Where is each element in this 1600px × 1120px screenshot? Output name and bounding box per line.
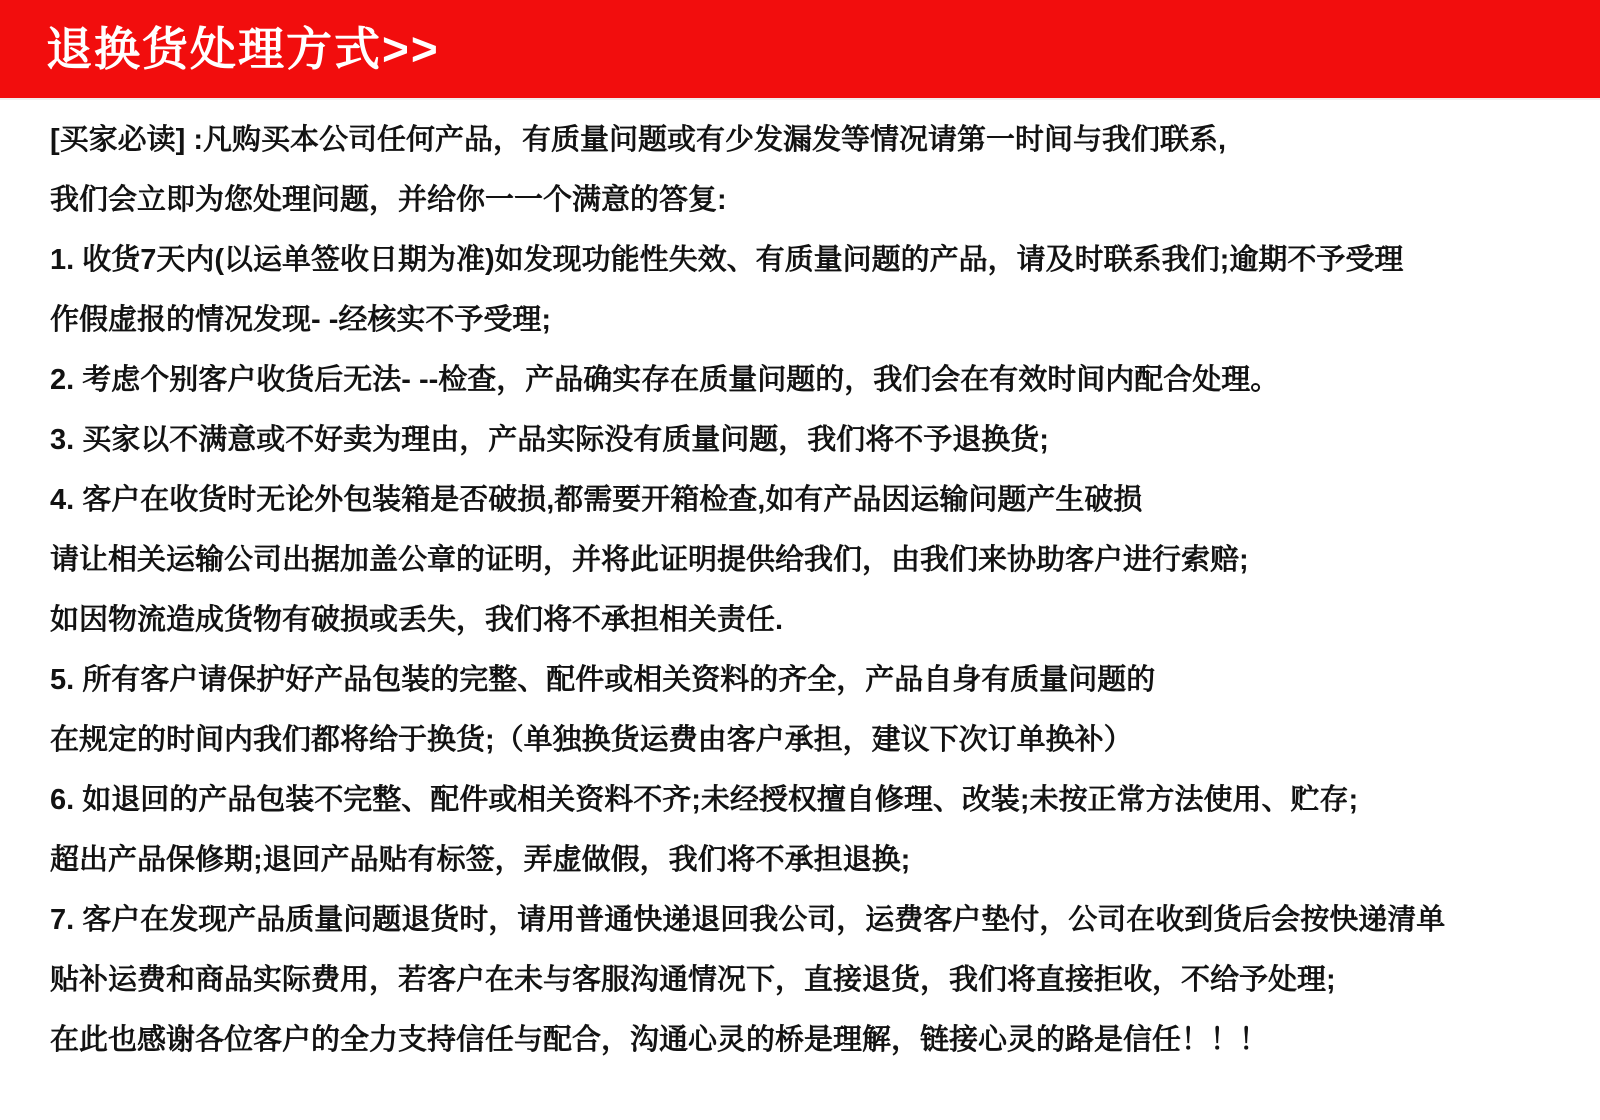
- policy-line-rule-7a: 7. 客户在发现产品质量问题退货时，请用普通快递退回我公司，运费客户垫付，公司在…: [50, 890, 1570, 950]
- policy-line-rule-7b: 贴补运费和商品实际费用，若客户在未与客服沟通情况下，直接退货，我们将直接拒收，不…: [50, 950, 1570, 1010]
- policy-line-rule-5b: 在规定的时间内我们都将给于换货;（单独换货运费由客户承担，建议下次订单换补）: [50, 710, 1570, 770]
- policy-line-rule-1b: 作假虚报的情况发现- -经核实不予受理;: [50, 290, 1570, 350]
- policy-line-rule-1a: 1. 收货7天内(以运单签收日期为准)如发现功能性失效、有质量问题的产品，请及时…: [50, 230, 1570, 290]
- header-banner: 退换货处理方式>>: [0, 0, 1600, 100]
- policy-line-closing: 在此也感谢各位客户的全力支持信任与配合，沟通心灵的桥是理解，链接心灵的路是信任！…: [50, 1010, 1570, 1070]
- policy-line-rule-3: 3. 买家以不满意或不好卖为理由，产品实际没有质量问题，我们将不予退换货;: [50, 410, 1570, 470]
- page-title: 退换货处理方式>>: [46, 0, 440, 99]
- policy-line-rule-2: 2. 考虑个别客户收货后无法- --检查，产品确实存在质量问题的，我们会在有效时…: [50, 350, 1570, 410]
- policy-line-rule-6b: 超出产品保修期;退回产品贴有标签，弄虚做假，我们将不承担退换;: [50, 830, 1570, 890]
- policy-line-rule-6a: 6. 如退回的产品包装不完整、配件或相关资料不齐;未经授权擅自修理、改装;未按正…: [50, 770, 1570, 830]
- return-policy-page: 退换货处理方式>> [买家必读] :凡购买本公司任何产品，有质量问题或有少发漏发…: [0, 0, 1600, 1120]
- policy-line-rule-5a: 5. 所有客户请保护好产品包装的完整、配件或相关资料的齐全，产品自身有质量问题的: [50, 650, 1570, 710]
- policy-line-intro-1: [买家必读] :凡购买本公司任何产品，有质量问题或有少发漏发等情况请第一时间与我…: [50, 110, 1570, 170]
- policy-line-rule-4b: 请让相关运输公司出据加盖公章的证明，并将此证明提供给我们，由我们来协助客户进行索…: [50, 530, 1570, 590]
- policy-line-rule-4a: 4. 客户在收货时无论外包装箱是否破损,都需要开箱检查,如有产品因运输问题产生破…: [50, 470, 1570, 530]
- policy-text-block: [买家必读] :凡购买本公司任何产品，有质量问题或有少发漏发等情况请第一时间与我…: [0, 110, 1600, 1070]
- policy-line-intro-2: 我们会立即为您处理问题，并给你一一个满意的答复:: [50, 170, 1570, 230]
- policy-line-rule-4c: 如因物流造成货物有破损或丢失，我们将不承担相关责任.: [50, 590, 1570, 650]
